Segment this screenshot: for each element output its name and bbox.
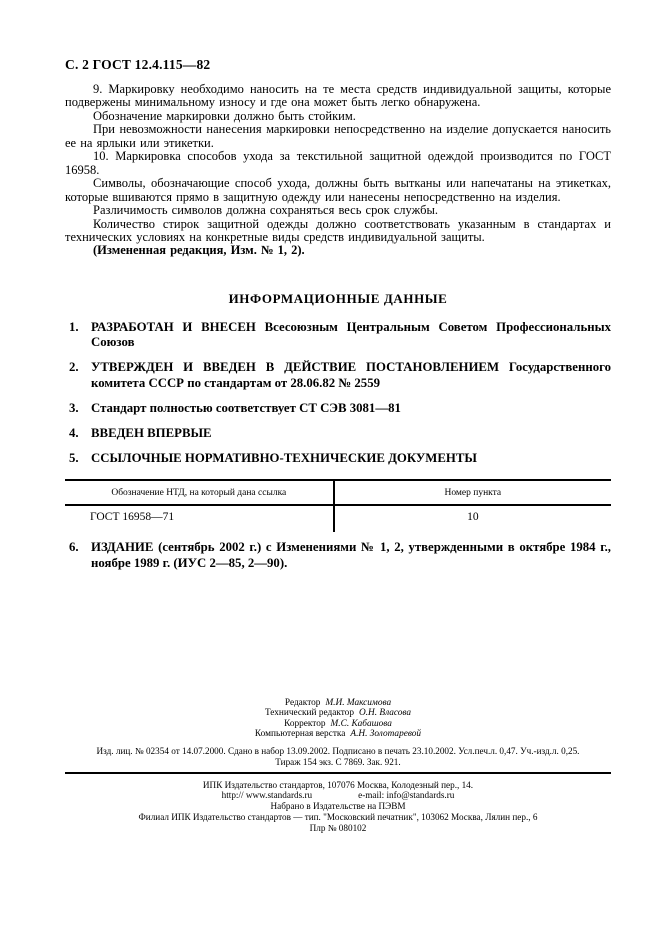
role-label: Компьютерная верстка: [255, 729, 345, 739]
info-section-title: ИНФОРМАЦИОННЫЕ ДАННЫЕ: [65, 291, 611, 307]
cell-ntd: ГОСТ 16958—71: [65, 505, 334, 532]
info-item-6: 6. ИЗДАНИЕ (сентябрь 2002 г.) с Изменени…: [65, 540, 611, 570]
colophon: РедакторМ.И. Максимова Технический редак…: [65, 698, 611, 739]
role-label: Технический редактор: [265, 708, 354, 718]
publisher-url: http:// www.standards.ru: [222, 790, 313, 801]
item-text: ВВЕДЕН ВПЕРВЫЕ: [91, 426, 212, 440]
colophon-line: Компьютерная версткаА.Н. Золотаревой: [65, 729, 611, 739]
plr-number: Плр № 080102: [65, 823, 611, 834]
item-text: РАЗРАБОТАН И ВНЕСЕН Всесоюзным Центральн…: [91, 320, 611, 349]
item-number: 2.: [69, 360, 79, 375]
info-item-2: 2. УТВЕРЖДЕН И ВВЕДЕН В ДЕЙСТВИЕ ПОСТАНО…: [65, 360, 611, 390]
paragraph: При невозможности нанесения маркировки н…: [65, 123, 611, 150]
paragraph: Количество стирок защитной одежды должно…: [65, 218, 611, 245]
role-label: Корректор: [284, 719, 325, 729]
typeset-note: Набрано в Издательстве на ПЭВМ: [65, 801, 611, 812]
table-header-row: Обозначение НТД, на который дана ссылка …: [65, 480, 611, 505]
paragraph: 10. Маркировка способов ухода за текстил…: [65, 150, 611, 177]
person-name: М.И. Максимова: [325, 698, 391, 708]
cell-clause: 10: [334, 505, 611, 532]
item-text: ССЫЛОЧНЫЕ НОРМАТИВНО-ТЕХНИЧЕСКИЕ ДОКУМЕН…: [91, 451, 477, 465]
colophon-line: РедакторМ.И. Максимова: [65, 698, 611, 708]
person-name: А.Н. Золотаревой: [350, 729, 421, 739]
page-header: С. 2 ГОСТ 12.4.115—82: [65, 57, 611, 73]
item-text: Стандарт полностью соответствует СТ СЭВ …: [91, 401, 401, 415]
publisher-contacts: http:// www.standards.ru e-mail: info@st…: [65, 790, 611, 801]
info-item-3: 3. Стандарт полностью соответствует СТ С…: [65, 401, 611, 416]
item-number: 4.: [69, 426, 79, 441]
colophon-line: КорректорМ.С. Кабашова: [65, 719, 611, 729]
horizontal-rule: [65, 772, 611, 774]
column-header-clause: Номер пункта: [334, 480, 611, 505]
table-row: ГОСТ 16958—71 10: [65, 505, 611, 532]
publisher-address: ИПК Издательство стандартов, 107076 Моск…: [65, 780, 611, 791]
publisher-email: e-mail: info@standards.ru: [358, 790, 454, 801]
item-number: 1.: [69, 320, 79, 335]
info-item-4: 4. ВВЕДЕН ВПЕРВЫЕ: [65, 426, 611, 441]
paragraph: 9. Маркировку необходимо наносить на те …: [65, 83, 611, 110]
body-text: 9. Маркировку необходимо наносить на те …: [65, 83, 611, 258]
role-label: Редактор: [285, 698, 321, 708]
imprint-license-line: Изд. лиц. № 02354 от 14.07.2000. Сдано в…: [65, 746, 611, 757]
column-header-ntd: Обозначение НТД, на который дана ссылка: [65, 480, 334, 505]
colophon-line: Технический редакторО.Н. Власова: [65, 708, 611, 718]
branch-address: Филиал ИПК Издательство стандартов — тип…: [65, 812, 611, 823]
item-text: ИЗДАНИЕ (сентябрь 2002 г.) с Изменениями…: [91, 540, 611, 569]
paragraph: Обозначение маркировки должно быть стойк…: [65, 110, 611, 123]
info-item-5: 5. ССЫЛОЧНЫЕ НОРМАТИВНО-ТЕХНИЧЕСКИЕ ДОКУ…: [65, 451, 611, 466]
item-number: 3.: [69, 401, 79, 416]
reference-table: Обозначение НТД, на который дана ссылка …: [65, 479, 611, 532]
info-item-1: 1. РАЗРАБОТАН И ВНЕСЕН Всесоюзным Центра…: [65, 320, 611, 350]
person-name: М.С. Кабашова: [331, 719, 392, 729]
document-page: С. 2 ГОСТ 12.4.115—82 9. Маркировку необ…: [0, 0, 661, 936]
paragraph: Символы, обозначающие способ ухода, долж…: [65, 177, 611, 204]
imprint: Изд. лиц. № 02354 от 14.07.2000. Сдано в…: [65, 746, 611, 834]
amended-note: (Измененная редакция, Изм. № 1, 2).: [65, 244, 611, 257]
item-number: 5.: [69, 451, 79, 466]
imprint-print-run-line: Тираж 154 экз. С 7869. Зак. 921.: [65, 757, 611, 768]
item-number: 6.: [69, 540, 79, 555]
person-name: О.Н. Власова: [359, 708, 411, 718]
item-text: УТВЕРЖДЕН И ВВЕДЕН В ДЕЙСТВИЕ ПОСТАНОВЛЕ…: [91, 360, 611, 389]
paragraph: Различимость символов должна сохраняться…: [65, 204, 611, 217]
info-section: ИНФОРМАЦИОННЫЕ ДАННЫЕ 1. РАЗРАБОТАН И ВН…: [65, 291, 611, 571]
